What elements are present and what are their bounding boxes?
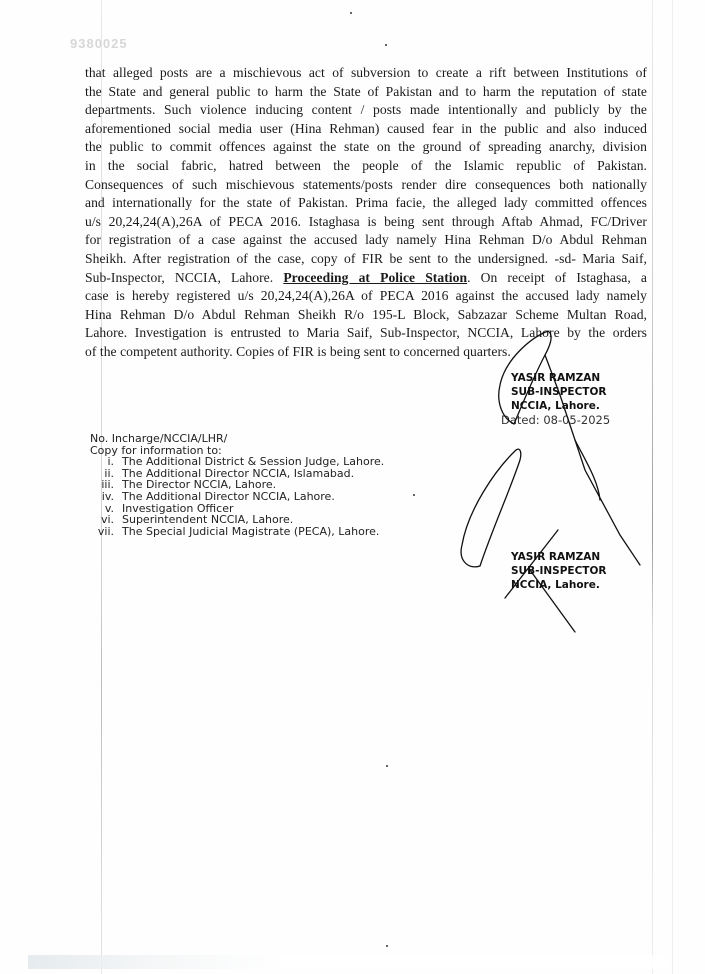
document-page: 9380025 that alleged posts are a mischie… bbox=[0, 0, 705, 974]
signature-2-stroke bbox=[530, 570, 575, 632]
signature-2-stroke bbox=[461, 449, 521, 567]
signature-2-stroke bbox=[505, 530, 558, 598]
signature-1-stroke bbox=[499, 331, 551, 424]
handwritten-signatures bbox=[0, 0, 705, 974]
signature-1-stroke bbox=[545, 355, 640, 565]
